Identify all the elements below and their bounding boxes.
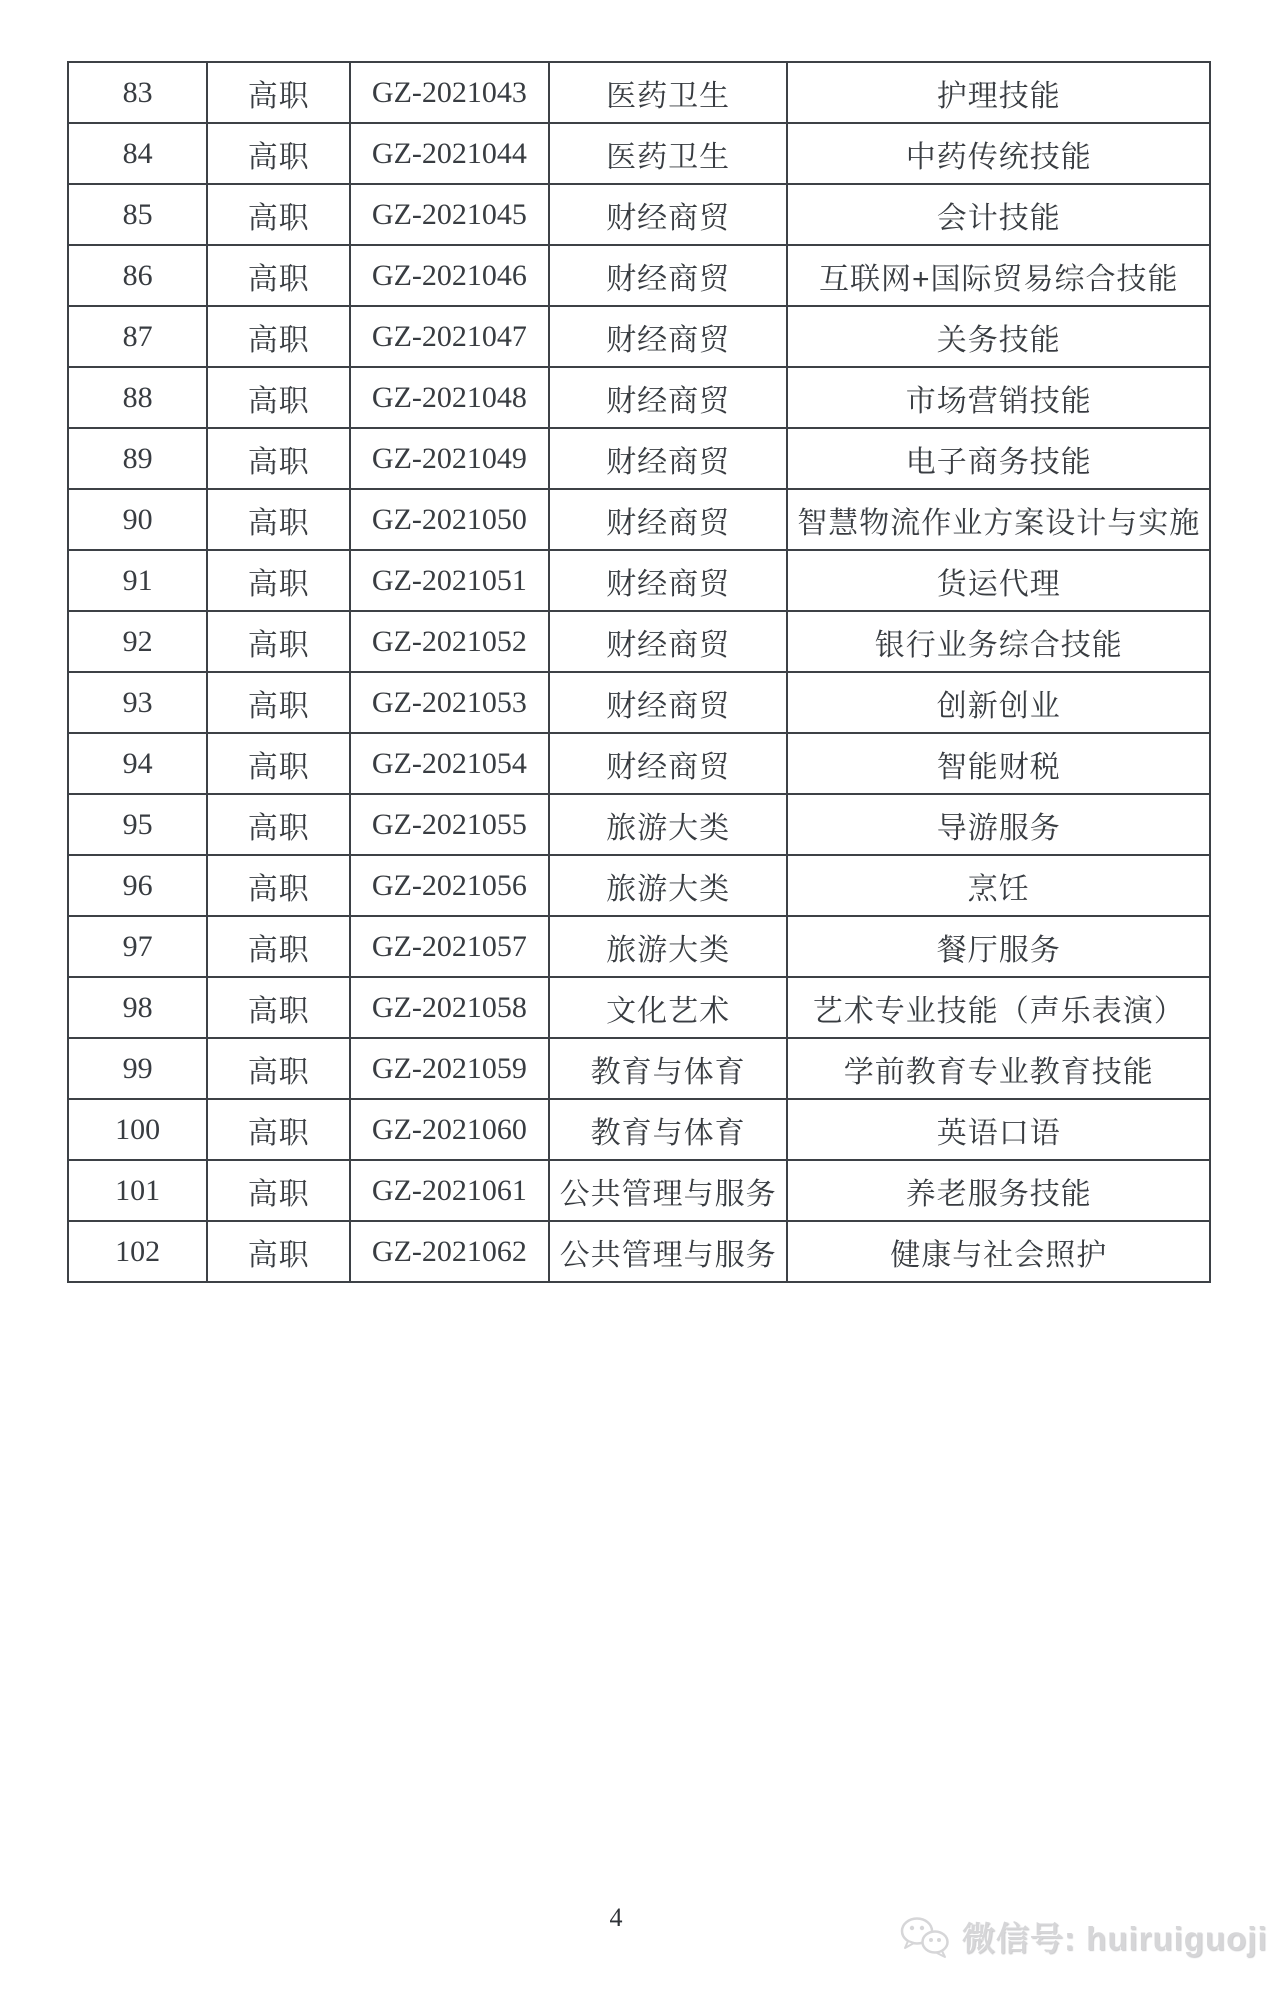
table-row: 87高职GZ-2021047财经商贸关务技能: [68, 306, 1210, 367]
cell-level: 高职: [207, 672, 350, 733]
cell-level: 高职: [207, 794, 350, 855]
cell-number: 86: [68, 245, 207, 306]
cell-code: GZ-2021054: [350, 733, 549, 794]
cell-level: 高职: [207, 1038, 350, 1099]
table-row: 95高职GZ-2021055旅游大类导游服务: [68, 794, 1210, 855]
cell-code: GZ-2021053: [350, 672, 549, 733]
cell-number: 96: [68, 855, 207, 916]
cell-level: 高职: [207, 428, 350, 489]
cell-number: 99: [68, 1038, 207, 1099]
cell-category: 公共管理与服务: [549, 1160, 788, 1221]
cell-category: 旅游大类: [549, 855, 788, 916]
cell-level: 高职: [207, 733, 350, 794]
cell-level: 高职: [207, 977, 350, 1038]
cell-level: 高职: [207, 489, 350, 550]
table-row: 92高职GZ-2021052财经商贸银行业务综合技能: [68, 611, 1210, 672]
cell-number: 83: [68, 62, 207, 123]
cell-category: 医药卫生: [549, 123, 788, 184]
table-row: 90高职GZ-2021050财经商贸智慧物流作业方案设计与实施: [68, 489, 1210, 550]
cell-level: 高职: [207, 1099, 350, 1160]
cell-number: 95: [68, 794, 207, 855]
cell-number: 93: [68, 672, 207, 733]
cell-number: 90: [68, 489, 207, 550]
cell-skill: 餐厅服务: [787, 916, 1210, 977]
cell-category: 医药卫生: [549, 62, 788, 123]
competition-table: 83高职GZ-2021043医药卫生护理技能84高职GZ-2021044医药卫生…: [67, 61, 1211, 1283]
cell-category: 旅游大类: [549, 916, 788, 977]
cell-skill: 货运代理: [787, 550, 1210, 611]
table-row: 85高职GZ-2021045财经商贸会计技能: [68, 184, 1210, 245]
cell-skill: 银行业务综合技能: [787, 611, 1210, 672]
cell-skill: 导游服务: [787, 794, 1210, 855]
cell-category: 教育与体育: [549, 1099, 788, 1160]
cell-category: 文化艺术: [549, 977, 788, 1038]
cell-code: GZ-2021048: [350, 367, 549, 428]
cell-level: 高职: [207, 367, 350, 428]
table-row: 88高职GZ-2021048财经商贸市场营销技能: [68, 367, 1210, 428]
cell-skill: 市场营销技能: [787, 367, 1210, 428]
cell-code: GZ-2021058: [350, 977, 549, 1038]
cell-code: GZ-2021052: [350, 611, 549, 672]
cell-skill: 智慧物流作业方案设计与实施: [787, 489, 1210, 550]
cell-category: 财经商贸: [549, 428, 788, 489]
table-row: 98高职GZ-2021058文化艺术艺术专业技能（声乐表演）: [68, 977, 1210, 1038]
cell-number: 100: [68, 1099, 207, 1160]
table-row: 83高职GZ-2021043医药卫生护理技能: [68, 62, 1210, 123]
cell-code: GZ-2021055: [350, 794, 549, 855]
cell-category: 公共管理与服务: [549, 1221, 788, 1282]
table-row: 89高职GZ-2021049财经商贸电子商务技能: [68, 428, 1210, 489]
table-row: 93高职GZ-2021053财经商贸创新创业: [68, 672, 1210, 733]
cell-level: 高职: [207, 611, 350, 672]
cell-number: 97: [68, 916, 207, 977]
cell-level: 高职: [207, 916, 350, 977]
cell-category: 财经商贸: [549, 367, 788, 428]
cell-skill: 关务技能: [787, 306, 1210, 367]
cell-level: 高职: [207, 855, 350, 916]
table-row: 97高职GZ-2021057旅游大类餐厅服务: [68, 916, 1210, 977]
cell-skill: 会计技能: [787, 184, 1210, 245]
table-row: 102高职GZ-2021062公共管理与服务健康与社会照护: [68, 1221, 1210, 1282]
cell-number: 91: [68, 550, 207, 611]
cell-level: 高职: [207, 306, 350, 367]
table-row: 101高职GZ-2021061公共管理与服务养老服务技能: [68, 1160, 1210, 1221]
table-row: 86高职GZ-2021046财经商贸互联网+国际贸易综合技能: [68, 245, 1210, 306]
cell-category: 财经商贸: [549, 611, 788, 672]
cell-level: 高职: [207, 184, 350, 245]
cell-number: 87: [68, 306, 207, 367]
wechat-icon: [898, 1914, 952, 1960]
cell-code: GZ-2021049: [350, 428, 549, 489]
cell-skill: 烹饪: [787, 855, 1210, 916]
cell-code: GZ-2021050: [350, 489, 549, 550]
cell-number: 94: [68, 733, 207, 794]
cell-skill: 智能财税: [787, 733, 1210, 794]
cell-code: GZ-2021062: [350, 1221, 549, 1282]
cell-number: 85: [68, 184, 207, 245]
cell-category: 教育与体育: [549, 1038, 788, 1099]
cell-level: 高职: [207, 550, 350, 611]
cell-code: GZ-2021051: [350, 550, 549, 611]
table-row: 84高职GZ-2021044医药卫生中药传统技能: [68, 123, 1210, 184]
cell-code: GZ-2021061: [350, 1160, 549, 1221]
cell-category: 财经商贸: [549, 184, 788, 245]
cell-code: GZ-2021044: [350, 123, 549, 184]
document-page: 83高职GZ-2021043医药卫生护理技能84高职GZ-2021044医药卫生…: [0, 0, 1280, 2002]
watermark-text: 微信号: huiruiguoji: [962, 1913, 1268, 1960]
cell-skill: 互联网+国际贸易综合技能: [787, 245, 1210, 306]
table-row: 100高职GZ-2021060教育与体育英语口语: [68, 1099, 1210, 1160]
cell-number: 98: [68, 977, 207, 1038]
cell-category: 财经商贸: [549, 550, 788, 611]
cell-category: 财经商贸: [549, 489, 788, 550]
cell-skill: 艺术专业技能（声乐表演）: [787, 977, 1210, 1038]
cell-number: 88: [68, 367, 207, 428]
cell-number: 101: [68, 1160, 207, 1221]
cell-skill: 电子商务技能: [787, 428, 1210, 489]
cell-category: 旅游大类: [549, 794, 788, 855]
table-row: 91高职GZ-2021051财经商贸货运代理: [68, 550, 1210, 611]
cell-level: 高职: [207, 1221, 350, 1282]
cell-number: 102: [68, 1221, 207, 1282]
watermark: 微信号: huiruiguoji: [898, 1913, 1268, 1960]
cell-skill: 养老服务技能: [787, 1160, 1210, 1221]
cell-level: 高职: [207, 1160, 350, 1221]
cell-skill: 中药传统技能: [787, 123, 1210, 184]
cell-level: 高职: [207, 245, 350, 306]
cell-category: 财经商贸: [549, 733, 788, 794]
cell-code: GZ-2021046: [350, 245, 549, 306]
cell-level: 高职: [207, 123, 350, 184]
table-row: 94高职GZ-2021054财经商贸智能财税: [68, 733, 1210, 794]
cell-number: 84: [68, 123, 207, 184]
cell-skill: 创新创业: [787, 672, 1210, 733]
table-row: 99高职GZ-2021059教育与体育学前教育专业教育技能: [68, 1038, 1210, 1099]
cell-category: 财经商贸: [549, 245, 788, 306]
cell-skill: 健康与社会照护: [787, 1221, 1210, 1282]
cell-skill: 护理技能: [787, 62, 1210, 123]
cell-category: 财经商贸: [549, 306, 788, 367]
cell-level: 高职: [207, 62, 350, 123]
cell-skill: 英语口语: [787, 1099, 1210, 1160]
cell-skill: 学前教育专业教育技能: [787, 1038, 1210, 1099]
cell-code: GZ-2021045: [350, 184, 549, 245]
table-row: 96高职GZ-2021056旅游大类烹饪: [68, 855, 1210, 916]
cell-number: 89: [68, 428, 207, 489]
cell-code: GZ-2021057: [350, 916, 549, 977]
cell-code: GZ-2021060: [350, 1099, 549, 1160]
cell-category: 财经商贸: [549, 672, 788, 733]
cell-code: GZ-2021059: [350, 1038, 549, 1099]
cell-number: 92: [68, 611, 207, 672]
cell-code: GZ-2021043: [350, 62, 549, 123]
cell-code: GZ-2021056: [350, 855, 549, 916]
cell-code: GZ-2021047: [350, 306, 549, 367]
